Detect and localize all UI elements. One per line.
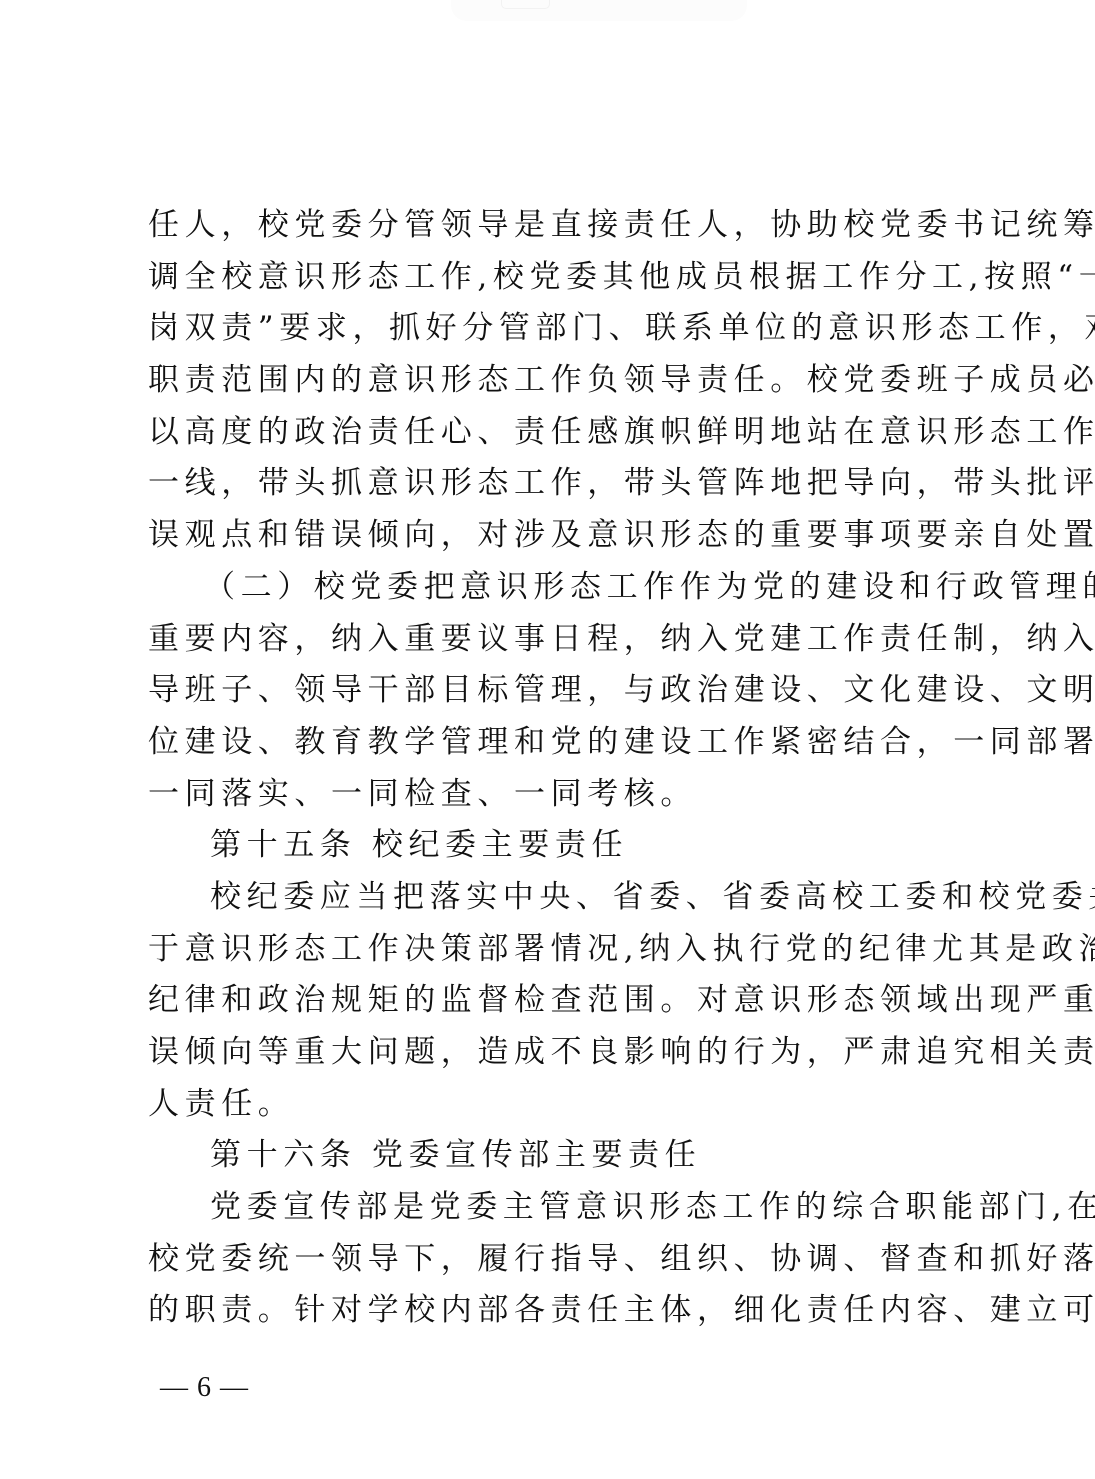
text-line: 一同落实、一同检查、一同考核。 <box>148 769 963 821</box>
text-line: 于意识形态工作决策部署情况,纳入执行党的纪律尤其是政治 <box>148 924 963 976</box>
text-line: 以高度的政治责任心、责任感旗帜鲜明地站在意识形态工作第 <box>148 407 963 459</box>
page-number: — 6 — <box>160 1372 249 1404</box>
text-line: 岗双责”要求，抓好分管部门、联系单位的意识形态工作，对 <box>148 303 963 355</box>
paragraph-start-line: （二）校党委把意识形态工作作为党的建设和行政管理的 <box>148 562 963 614</box>
text-line: 位建设、教育教学管理和党的建设工作紧密结合，一同部署、 <box>148 717 963 769</box>
text-line: 一线，带头抓意识形态工作，带头管阵地把导向，带头批评错 <box>148 458 963 510</box>
text-line: 误倾向等重大问题，造成不良影响的行为，严肃追究相关责任 <box>148 1027 963 1079</box>
text-line: 重要内容，纳入重要议事日程，纳入党建工作责任制，纳入领 <box>148 614 963 666</box>
text-line: 调全校意识形态工作,校党委其他成员根据工作分工,按照“一 <box>148 252 963 304</box>
paragraph-start-line: 校纪委应当把落实中央、省委、省委高校工委和校党委关 <box>148 872 963 924</box>
text-line: 任人，校党委分管领导是直接责任人，协助校党委书记统筹协 <box>148 200 963 252</box>
text-line: 校党委统一领导下，履行指导、组织、协调、督查和抓好落实 <box>148 1234 963 1286</box>
toolbar-handle <box>501 0 550 9</box>
text-line: 职责范围内的意识形态工作负领导责任。校党委班子成员必须 <box>148 355 963 407</box>
top-toolbar-edge <box>451 0 747 21</box>
article-heading-16: 第十六条 党委宣传部主要责任 <box>148 1130 963 1182</box>
text-line: 人责任。 <box>148 1079 963 1131</box>
article-heading-15: 第十五条 校纪委主要责任 <box>148 820 963 872</box>
paragraph-start-line: 党委宣传部是党委主管意识形态工作的综合职能部门,在 <box>148 1182 963 1234</box>
text-line: 导班子、领导干部目标管理，与政治建设、文化建设、文明单 <box>148 665 963 717</box>
text-line: 的职责。针对学校内部各责任主体，细化责任内容、建立可落 <box>148 1285 963 1337</box>
document-page: 任人，校党委分管领导是直接责任人，协助校党委书记统筹协 调全校意识形态工作,校党… <box>148 200 963 1337</box>
text-line: 误观点和错误倾向，对涉及意识形态的重要事项要亲自处置。 <box>148 510 963 562</box>
text-line: 纪律和政治规矩的监督检查范围。对意识形态领域出现严重错 <box>148 975 963 1027</box>
